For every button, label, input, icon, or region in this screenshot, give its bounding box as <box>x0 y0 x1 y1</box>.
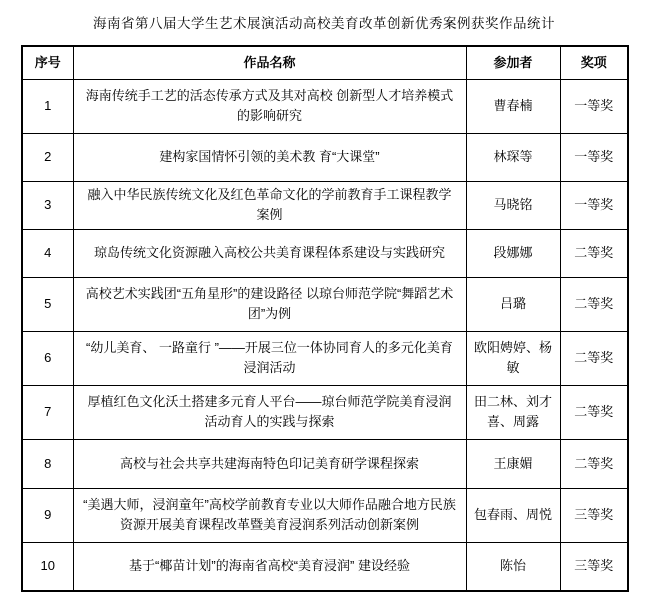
header-work-name: 作品名称 <box>73 46 466 79</box>
award-cell: 二等奖 <box>560 331 628 385</box>
table-body: 1海南传统手工艺的活态传承方式及其对高校 创新型人才培养模式的影响研究曹春楠一等… <box>22 79 628 591</box>
participant-cell: 吕璐 <box>466 277 560 331</box>
row-number-cell: 6 <box>22 331 73 385</box>
participant-cell: 曹春楠 <box>466 79 560 133</box>
participant-cell: 林琛等 <box>466 133 560 181</box>
row-number-cell: 5 <box>22 277 73 331</box>
participant-cell: 欧阳娉婷、杨敏 <box>466 331 560 385</box>
work-title-cell: 高校艺术实践团“五角星形”的建设路径 以琼台师范学院“舞蹈艺术团”为例 <box>73 277 466 331</box>
table-row: 4琼岛传统文化资源融入高校公共美育课程体系建设与实践研究段娜娜二等奖 <box>22 229 628 277</box>
award-cell: 一等奖 <box>560 133 628 181</box>
table-row: 5高校艺术实践团“五角星形”的建设路径 以琼台师范学院“舞蹈艺术团”为例吕璐二等… <box>22 277 628 331</box>
header-row: 序号 作品名称 参加者 奖项 <box>22 46 628 79</box>
awards-table: 序号 作品名称 参加者 奖项 1海南传统手工艺的活态传承方式及其对高校 创新型人… <box>21 45 629 592</box>
award-cell: 一等奖 <box>560 181 628 229</box>
work-title-cell: “幼儿美育、 一路童行 ”——开展三位一体协同育人的多元化美育浸润活动 <box>73 331 466 385</box>
work-title-cell: 建构家国情怀引领的美术教 育“大课堂” <box>73 133 466 181</box>
row-number-cell: 8 <box>22 439 73 488</box>
work-title-cell: 海南传统手工艺的活态传承方式及其对高校 创新型人才培养模式的影响研究 <box>73 79 466 133</box>
participant-cell: 包春雨、周悦 <box>466 488 560 542</box>
row-number-cell: 9 <box>22 488 73 542</box>
work-title-cell: 厚植红色文化沃土搭建多元育人平台——琼台师范学院美育浸润活动育人的实践与探索 <box>73 385 466 439</box>
award-cell: 三等奖 <box>560 488 628 542</box>
award-cell: 二等奖 <box>560 439 628 488</box>
row-number-cell: 1 <box>22 79 73 133</box>
row-number-cell: 3 <box>22 181 73 229</box>
participant-cell: 段娜娜 <box>466 229 560 277</box>
table-row: 2建构家国情怀引领的美术教 育“大课堂”林琛等一等奖 <box>22 133 628 181</box>
table-row: 1海南传统手工艺的活态传承方式及其对高校 创新型人才培养模式的影响研究曹春楠一等… <box>22 79 628 133</box>
work-title-cell: “美遇大师，浸润童年”高校学前教育专业以大师作品融合地方民族资源开展美育课程改革… <box>73 488 466 542</box>
work-title-cell: 高校与社会共享共建海南特色印记美育研学课程探索 <box>73 439 466 488</box>
award-cell: 二等奖 <box>560 385 628 439</box>
award-cell: 三等奖 <box>560 542 628 591</box>
award-cell: 二等奖 <box>560 229 628 277</box>
participant-cell: 王康媚 <box>466 439 560 488</box>
table-row: 9“美遇大师，浸润童年”高校学前教育专业以大师作品融合地方民族资源开展美育课程改… <box>22 488 628 542</box>
page: 海南省第八届大学生艺术展演活动高校美育改革创新优秀案例获奖作品统计 序号 作品名… <box>0 0 648 606</box>
table-row: 6“幼儿美育、 一路童行 ”——开展三位一体协同育人的多元化美育浸润活动欧阳娉婷… <box>22 331 628 385</box>
page-title: 海南省第八届大学生艺术展演活动高校美育改革创新优秀案例获奖作品统计 <box>0 0 648 32</box>
participant-cell: 陈怡 <box>466 542 560 591</box>
table-row: 7厚植红色文化沃土搭建多元育人平台——琼台师范学院美育浸润活动育人的实践与探索田… <box>22 385 628 439</box>
header-serial-number: 序号 <box>22 46 73 79</box>
work-title-cell: 基于“椰苗计划”的海南省高校“美育浸润” 建设经验 <box>73 542 466 591</box>
header-award: 奖项 <box>560 46 628 79</box>
table-row: 10基于“椰苗计划”的海南省高校“美育浸润” 建设经验陈怡三等奖 <box>22 542 628 591</box>
row-number-cell: 4 <box>22 229 73 277</box>
participant-cell: 田二林、刘才喜、周露 <box>466 385 560 439</box>
award-cell: 二等奖 <box>560 277 628 331</box>
award-cell: 一等奖 <box>560 79 628 133</box>
table-row: 8高校与社会共享共建海南特色印记美育研学课程探索王康媚二等奖 <box>22 439 628 488</box>
row-number-cell: 2 <box>22 133 73 181</box>
row-number-cell: 10 <box>22 542 73 591</box>
row-number-cell: 7 <box>22 385 73 439</box>
participant-cell: 马晓铭 <box>466 181 560 229</box>
work-title-cell: 琼岛传统文化资源融入高校公共美育课程体系建设与实践研究 <box>73 229 466 277</box>
work-title-cell: 融入中华民族传统文化及红色革命文化的学前教育手工课程教学案例 <box>73 181 466 229</box>
header-participant: 参加者 <box>466 46 560 79</box>
table-row: 3融入中华民族传统文化及红色革命文化的学前教育手工课程教学案例马晓铭一等奖 <box>22 181 628 229</box>
